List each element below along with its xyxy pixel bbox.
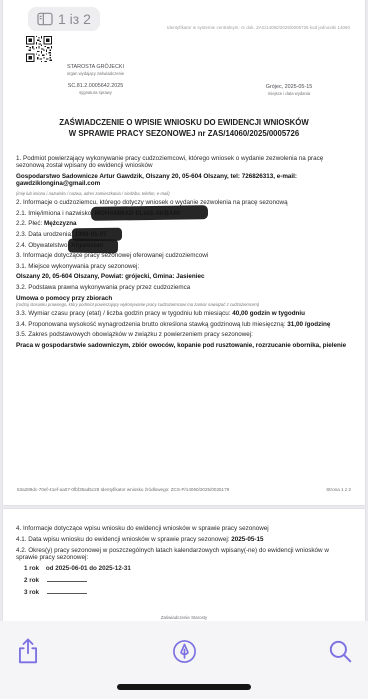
page-number: Strona 1 z 2: [326, 487, 351, 492]
home-indicator[interactable]: [117, 684, 251, 690]
section-1-label: 1. Podmiot powierzający wykonywanie prac…: [16, 155, 350, 170]
title-line-1: ZAŚWIADCZENIE O WPISIE WNIOSKU DO EWIDEN…: [3, 118, 365, 129]
place-date-block: Grójec, 2025-05-15 miejsce i data wydani…: [219, 84, 359, 97]
section-3-5-label: 3.5. Zakres podstawowych obowiązków w zw…: [16, 331, 350, 338]
section-1-caption: (imię lub imiona i nazwisko / nazwa, adr…: [16, 191, 350, 196]
share-button[interactable]: [13, 634, 43, 668]
case-number: SC.81.2.0005642.2025: [28, 83, 163, 90]
work-location: Olszany 20, 05-604 Olszany, Powiat: grój…: [16, 273, 350, 280]
source-request-identifier: 53a289dc-70ef-41ef-aa07-0fbf35ad5c28 Ide…: [17, 487, 229, 492]
markup-button[interactable]: [169, 634, 199, 668]
place-date: Grójec, 2025-05-15: [219, 84, 359, 91]
blank-line: [47, 588, 87, 594]
section-3-1-label: 3.1. Miejsce wykonywania pracy sezonowej…: [16, 263, 350, 270]
section-3-2-label: 3.2. Podstawa prawna wykonywania pracy p…: [16, 284, 350, 291]
employer-details: Gospodarstwo Sadownicze Artur Gawdzik, O…: [16, 173, 350, 188]
page1-footer: 53a289dc-70ef-41ef-aa07-0fbf35ad5c28 Ide…: [17, 487, 351, 492]
year-row-2: 2 rok: [24, 576, 350, 584]
field-name: 2.1. Imię/imiona i nazwisko: MOHAMMAD EL…: [16, 210, 350, 217]
duties-description: Praca w gospodarstwie sadowniczym, zbiór…: [16, 342, 350, 349]
field-entry-date: 4.1. Data wpisu wniosku do ewidencji wni…: [16, 536, 350, 543]
markup-pen-icon: [171, 638, 198, 665]
year-row-1: 1 rok od 2025-06-01 do 2025-12-31: [24, 565, 350, 572]
field-wage: 3.4. Proponowana wysokość wynagrodzenia …: [16, 321, 350, 328]
share-icon: [15, 637, 41, 665]
page-indicator-label: 1 із 2: [58, 11, 91, 27]
pages-icon: [37, 12, 53, 26]
section-3-label: 3. Informacje dotyczące pracy sezonowej …: [16, 252, 350, 259]
year-row-3: 3 rok: [24, 588, 350, 596]
section-4-label: 4. Informacje dotyczące wpisu wniosku do…: [16, 525, 350, 532]
document-page-1: Identyfikator w systemie centralnym: nr …: [3, 0, 365, 505]
document-title: ZAŚWIADCZENIE O WPISIE WNIOSKU DO EWIDEN…: [3, 118, 365, 139]
blank-line: [47, 576, 87, 582]
search-icon: [327, 638, 353, 664]
place-date-caption: miejsce i data wydania: [219, 91, 359, 97]
legal-basis: Umowa o pomocy przy zbiorach: [16, 295, 350, 302]
year-1-period: od 2025-06-01 do 2025-12-31: [46, 565, 131, 572]
title-line-2: W SPRAWIE PRACY SEZONOWEJ nr ZAS/14060/2…: [3, 129, 365, 140]
authority-name: STAROSTA GRÓJECKI: [28, 64, 163, 71]
case-caption: sygnatura sprawy: [28, 90, 163, 96]
field-birthdate: 2.3. Data urodzenia: 1998-01-07: [16, 231, 350, 238]
field-sex: 2.2. Płeć: Mężczyzna: [16, 220, 350, 227]
redaction-mark-citizenship: Afganistan: [71, 242, 104, 249]
issuing-authority-block: STAROSTA GRÓJECKI organ wydający zaświad…: [28, 64, 163, 95]
authority-caption: organ wydający zaświadczenie: [28, 71, 163, 77]
field-working-time: 3.3. Wymiar czasu pracy (etat) / liczba …: [16, 310, 350, 317]
document-page-2: 4. Informacje dotyczące wpisu wniosku do…: [3, 509, 365, 621]
central-system-identifier: Identyfikator w systemie centralnym: nr …: [167, 25, 350, 30]
redaction-mark-name: MOHAMMAD ELIAS AKBARI: [95, 210, 180, 217]
page1-body: 1. Podmiot powierzający wykonywanie prac…: [16, 155, 350, 353]
clipped-next-line: Zaświadczenie Starosty: [3, 615, 365, 620]
qr-code: [26, 36, 52, 62]
document-viewer: Identyfikator w systemie centralnym: nr …: [0, 0, 368, 699]
section-4-2-label: 4.2. Okres(y) pracy sezonowej w poszczeg…: [16, 547, 350, 562]
page2-body: 4. Informacje dotyczące wpisu wniosku do…: [16, 525, 350, 600]
section-3-2-caption: (rodzaj stosunku prawnego, który podmiot…: [16, 302, 350, 307]
page-indicator[interactable]: 1 із 2: [28, 7, 100, 31]
field-citizenship: 2.4. Obywatelstwo: Afganistan: [16, 242, 350, 249]
search-button[interactable]: [325, 634, 355, 668]
redaction-mark-birthdate: 1998-01-07: [74, 231, 106, 238]
